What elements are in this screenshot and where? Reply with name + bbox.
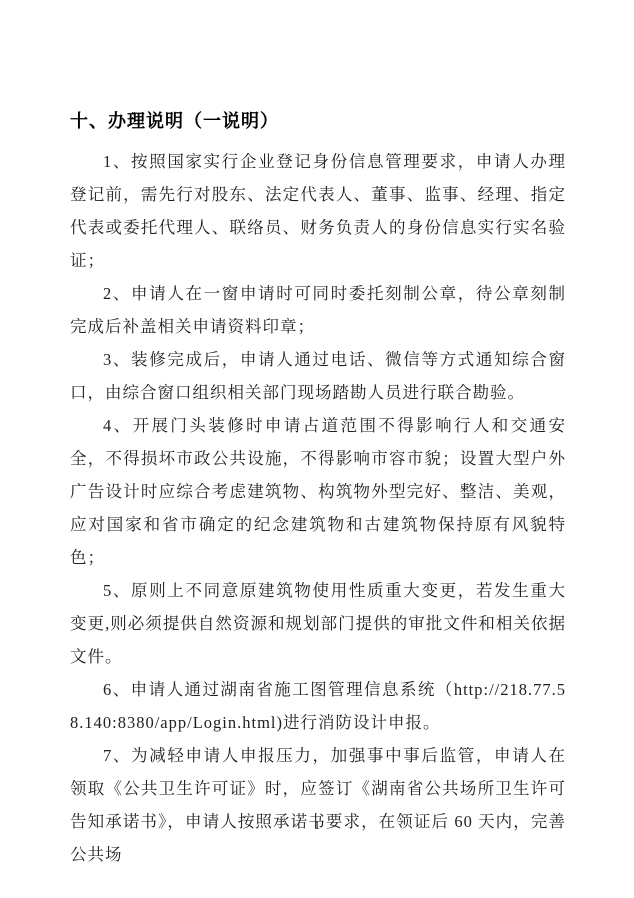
section-title: 十、办理说明（一说明） <box>70 108 566 134</box>
paragraph-4: 4、开展门头装修时申请占道范围不得影响行人和交通安全，不得损坏市政公共设施，不得… <box>70 409 566 574</box>
page-footer: 1 <box>0 816 634 834</box>
paragraph-5: 5、原则上不同意原建筑物使用性质重大变更，若发生重大变更,则必须提供自然资源和规… <box>70 574 566 673</box>
paragraph-7: 7、为减轻申请人申报压力，加强事中事后监管，申请人在领取《公共卫生许可证》时，应… <box>70 739 566 871</box>
paragraph-6: 6、申请人通过湖南省施工图管理信息系统（http://218.77.58.140… <box>70 673 566 739</box>
paragraph-3: 3、装修完成后，申请人通过电话、微信等方式通知综合窗口，由综合窗口组织相关部门现… <box>70 343 566 409</box>
document-content: 十、办理说明（一说明） 1、按照国家实行企业登记身份信息管理要求，申请人办理登记… <box>70 108 566 871</box>
paragraph-1: 1、按照国家实行企业登记身份信息管理要求，申请人办理登记前，需先行对股东、法定代… <box>70 145 566 277</box>
document-page: 十、办理说明（一说明） 1、按照国家实行企业登记身份信息管理要求，申请人办理登记… <box>0 0 634 898</box>
page-number: 1 <box>314 818 320 833</box>
paragraph-2: 2、申请人在一窗申请时可同时委托刻制公章，待公章刻制完成后补盖相关申请资料印章； <box>70 277 566 343</box>
